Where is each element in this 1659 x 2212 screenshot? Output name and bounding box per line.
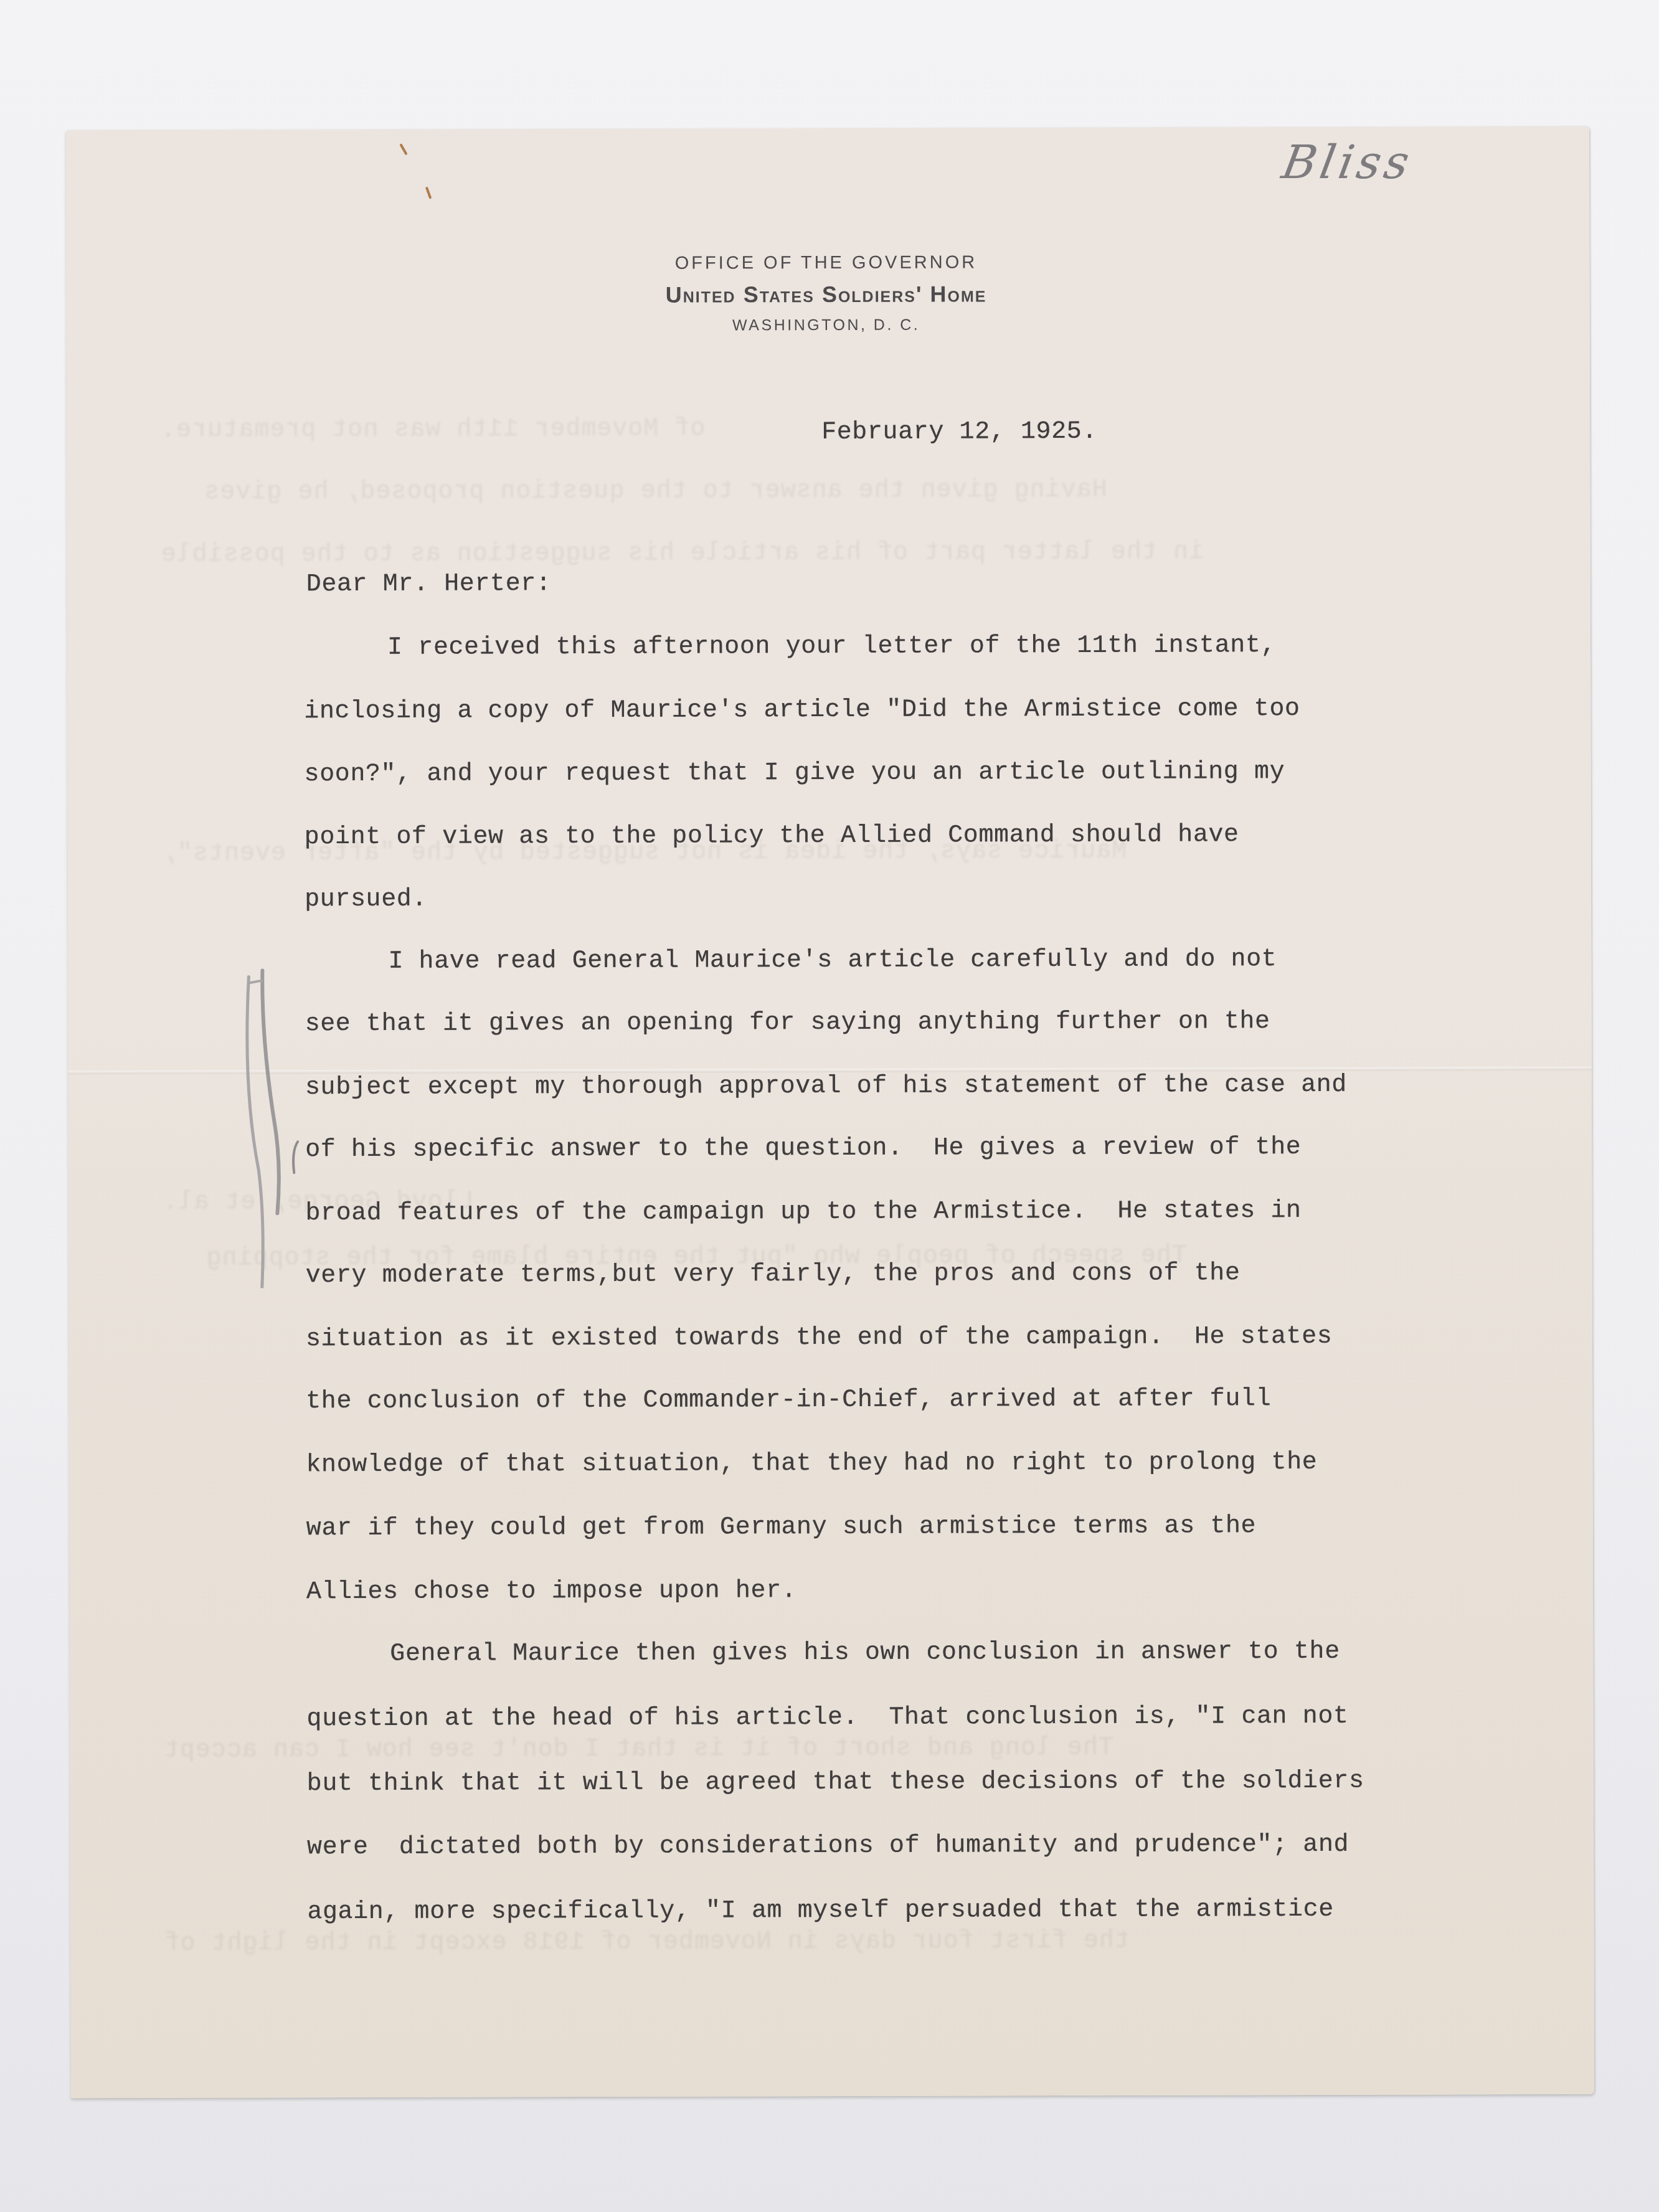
body-line: again, more specifically, "I am myself p…: [307, 1896, 1334, 1926]
body-line: pursued.: [305, 886, 427, 914]
body-line: soon?", and your request that I give you…: [305, 758, 1285, 788]
letterhead-location: WASHINGTON, D. C.: [63, 314, 1590, 336]
body-line: point of view as to the policy the Allie…: [305, 821, 1239, 851]
body-line: I received this afternoon your letter of…: [304, 631, 1276, 662]
reverse-side-bleed-through: The long and short of it is that I don't…: [164, 1734, 1113, 1765]
body-line: very moderate terms,but very fairly, the…: [306, 1259, 1241, 1290]
reverse-side-bleed-through: of Movember 11th was not premature.: [160, 415, 705, 445]
body-line: situation as it existed towards the end …: [306, 1323, 1333, 1353]
body-line: inclosing a copy of Maurice's article "D…: [304, 695, 1300, 726]
pencil-margin-bracket-icon: [224, 964, 311, 1288]
reverse-side-bleed-through: in the latter part of his article his su…: [161, 538, 1204, 569]
body-line: the conclusion of the Commander-in-Chief…: [306, 1385, 1271, 1416]
body-line: Allies chose to impose upon her.: [306, 1577, 796, 1606]
body-line: broad features of the campaign up to the…: [305, 1197, 1301, 1227]
body-line: of his specific answer to the question. …: [305, 1133, 1301, 1164]
body-line: General Maurice then gives his own concl…: [306, 1638, 1340, 1668]
body-line: were dictated both by considerations of …: [307, 1831, 1349, 1861]
letter-date: February 12, 1925.: [821, 418, 1097, 447]
body-line: war if they could get from Germany such …: [306, 1512, 1257, 1543]
letterhead-office: OFFICE OF THE GOVERNOR: [62, 251, 1589, 275]
body-line: I have read General Maurice's article ca…: [305, 945, 1277, 976]
body-line: see that it gives an opening for saying …: [305, 1008, 1270, 1038]
body-line: subject except my thorough approval of h…: [305, 1071, 1347, 1102]
rust-mark: [399, 143, 408, 155]
reverse-side-bleed-through: the first four days in November of 1918 …: [164, 1927, 1129, 1958]
body-line: but think that it will be agreed that th…: [307, 1767, 1364, 1798]
reverse-side-bleed-through: Having given the answer to the question …: [204, 476, 1107, 507]
rust-mark: [425, 187, 432, 199]
body-line: knowledge of that situation, that they h…: [306, 1449, 1317, 1479]
letter-sheet: of Movember 11th was not premature. Havi…: [66, 126, 1594, 2098]
letterhead-organization: United States Soldiers' Home: [63, 280, 1590, 310]
letter-salutation: Dear Mr. Herter:: [306, 570, 552, 598]
handwritten-note: Bliss: [1278, 136, 1417, 189]
body-line: question at the head of his article. Tha…: [306, 1703, 1348, 1733]
